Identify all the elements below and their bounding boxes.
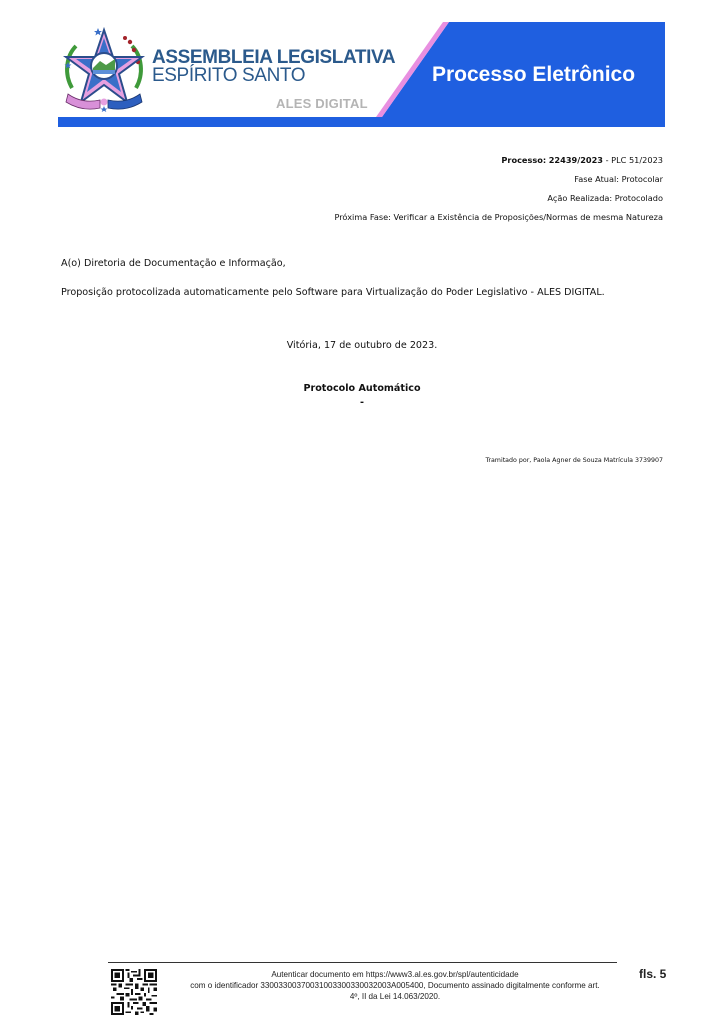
footer-divider <box>108 962 617 963</box>
auth-line-2: com o identificador 33003300370031003300… <box>160 980 630 991</box>
process-number: 22439/2023 <box>549 155 603 165</box>
signature-name: Protocolo Automático <box>0 383 724 394</box>
banner-title: Processo Eletrônico <box>432 63 635 87</box>
fase-atual: Fase Atual: Protocolar <box>334 171 663 190</box>
process-info: Processo: 22439/2023 - PLC 51/2023 Fase … <box>334 152 663 228</box>
process-suffix: - PLC 51/2023 <box>603 155 663 165</box>
auth-line-3: 4º, II da Lei 14.063/2020. <box>160 991 630 1002</box>
proxima-fase: Próxima Fase: Verificar a Existência de … <box>334 209 663 228</box>
date-line: Vitória, 17 de outubro de 2023. <box>0 340 724 351</box>
qr-code-icon[interactable] <box>111 969 157 1015</box>
recipient: A(o) Diretoria de Documentação e Informa… <box>61 258 286 269</box>
document-header: ASSEMBLEIA LEGISLATIVA ESPÍRITO SANTO AL… <box>0 0 724 135</box>
system-name: ALES DIGITAL <box>276 96 368 111</box>
authentication-notice: Autenticar documento em https://www3.al.… <box>160 969 630 1002</box>
process-number-line: Processo: 22439/2023 - PLC 51/2023 <box>334 152 663 171</box>
page-number: fls. 5 <box>639 967 666 981</box>
acao-realizada: Ação Realizada: Protocolado <box>334 190 663 209</box>
auth-line-1: Autenticar documento em https://www3.al.… <box>160 969 630 980</box>
process-label: Processo: <box>501 155 546 165</box>
organization-state: ESPÍRITO SANTO <box>152 67 305 85</box>
message: Proposição protocolizada automaticamente… <box>61 287 605 298</box>
state-coat-of-arms-icon <box>62 26 146 112</box>
signature-sub: - <box>0 397 724 408</box>
tramitado-by: Tramitado por, Paola Agner de Souza Matr… <box>485 457 663 464</box>
